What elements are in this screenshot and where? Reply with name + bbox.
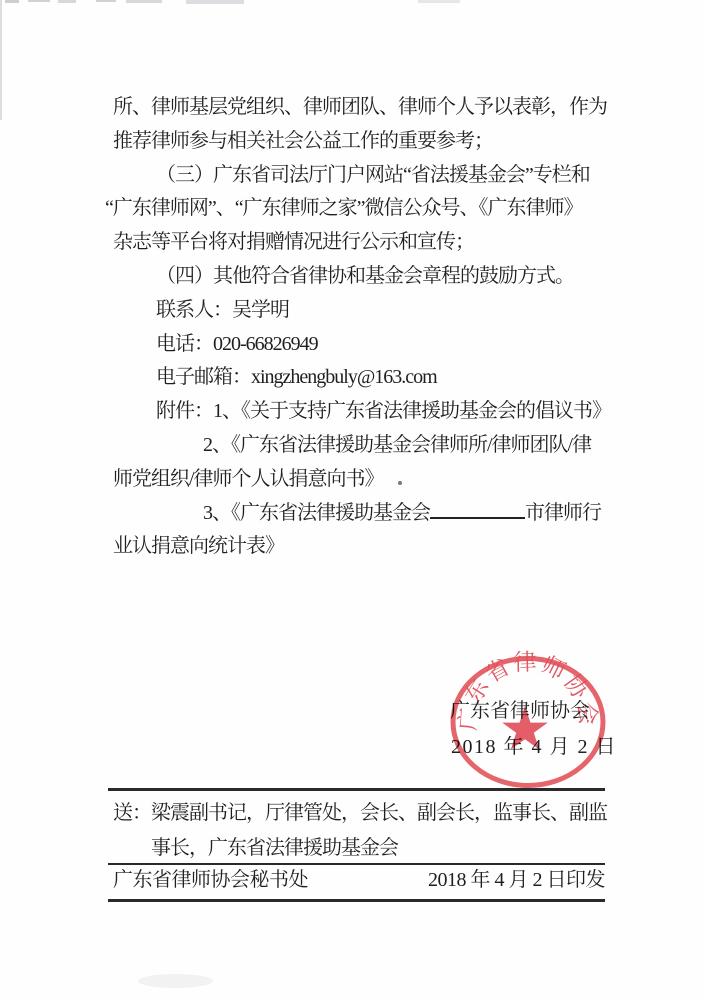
issuing-office: 广东省律师协会秘书处 <box>113 868 308 892</box>
attachment-2-continuation-line: 师党组织/律师个人认捐意向书》 <box>113 463 613 497</box>
scan-artifact <box>58 0 76 3</box>
attachment-3-continuation-line: 业认捐意向统计表》 <box>113 530 613 564</box>
footer-rule-bottom <box>108 899 605 902</box>
contact-person-line: 联系人：吴学明 <box>113 294 613 328</box>
scan-artifact <box>186 0 244 4</box>
paragraph-line: （三）广东省司法厅门户网站“省法援基金会”专栏和 <box>113 159 613 193</box>
seal-star-icon <box>502 706 548 749</box>
scan-artifact <box>0 0 2 120</box>
scan-artifact <box>5 0 19 3</box>
issuer-row: 广东省律师协会秘书处 2018 年 4 月 2 日印发 <box>113 868 605 892</box>
paragraph-line: 杂志等平台将对捐赠情况进行公示和宣传； <box>113 226 613 260</box>
footer-rule-top <box>108 788 605 791</box>
paragraph-line: “广东律师网”、“广东律师之家”微信公众号、《广东律师》 <box>113 192 613 226</box>
attachments-lead-line: 附件：1、《关于支持广东省法律援助基金会的倡议书》 <box>113 395 613 429</box>
email-line: 电子邮箱：xingzhengbuly@163.com <box>113 361 613 395</box>
official-seal: 广东省律师协会 <box>442 650 614 796</box>
paragraph-line: 所、律师基层党组织、律师团队、律师个人予以表彰，作为 <box>113 91 613 125</box>
scan-artifact <box>28 0 50 2</box>
fill-in-blank <box>430 515 525 519</box>
print-date: 2018 年 4 月 2 日印发 <box>428 868 605 892</box>
paragraph-line: 推荐律师参与相关社会公益工作的重要参考； <box>113 125 613 159</box>
phone-line: 电话：020-66826949 <box>113 328 613 362</box>
paragraph-line: （四）其他符合省律协和基金会章程的鼓励方式。 <box>113 260 613 294</box>
scan-artifact <box>138 974 213 988</box>
cc-block: 送：梁震副书记，厅律管处，会长、副会长，监事长、副监 事长，广东省法律援助基金会 <box>113 796 613 865</box>
cc-line-1: 送：梁震副书记，厅律管处，会长、副会长，监事长、副监 <box>113 796 613 831</box>
attachment-3-line: 3、《广东省法律援助基金会市律师行 <box>113 497 613 531</box>
cc-line-2: 事长，广东省法律援助基金会 <box>113 831 613 866</box>
scan-artifact <box>418 0 460 3</box>
attachment-3-post: 市律师行 <box>525 502 601 524</box>
attachment-2-line: 2、《广东省法律援助基金会律师所/律师团队/律 <box>113 429 613 463</box>
document-page: 所、律师基层党组织、律师团队、律师个人予以表彰，作为 推荐律师参与相关社会公益工… <box>0 0 706 1000</box>
document-body: 所、律师基层党组织、律师团队、律师个人予以表彰，作为 推荐律师参与相关社会公益工… <box>113 91 613 564</box>
attachment-3-pre: 3、《广东省法律援助基金会 <box>203 502 430 524</box>
scan-artifact <box>126 0 162 3</box>
scan-artifact <box>96 0 116 2</box>
